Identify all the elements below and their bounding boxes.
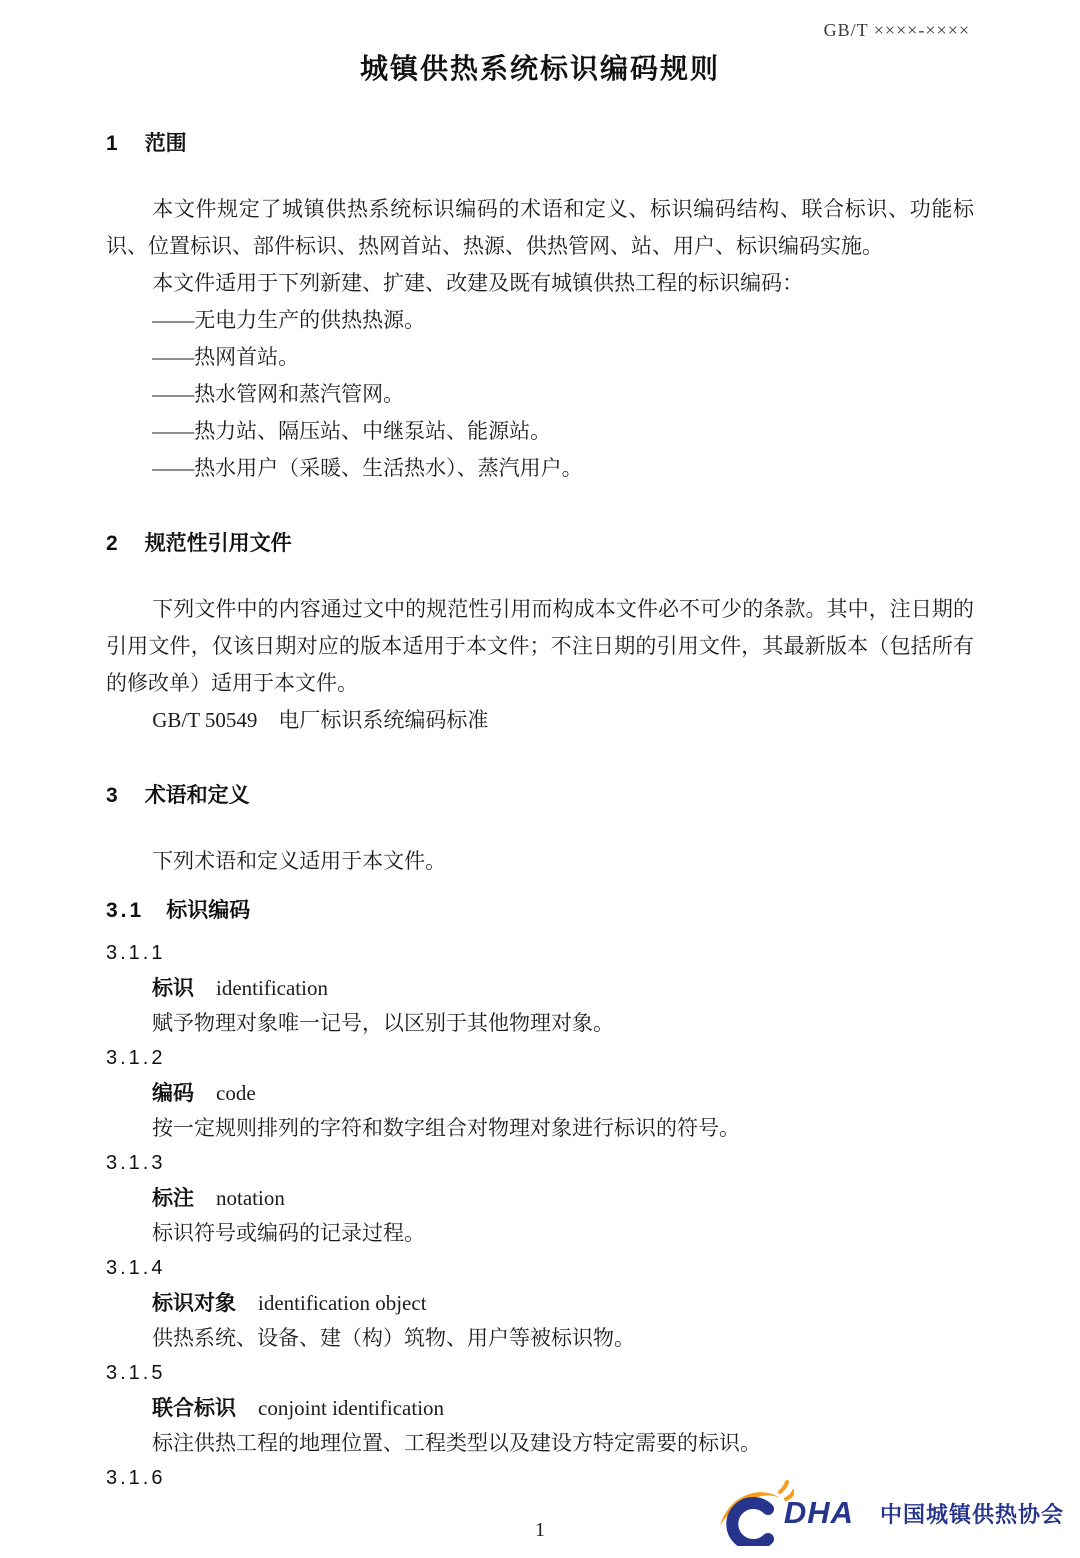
section-1-bullet-3: ——热水管网和蒸汽管网。 <box>106 376 974 413</box>
term-zh-label: 标识对象 <box>152 1286 236 1321</box>
section-2-heading: 2 规范性引用文件 <box>106 527 974 557</box>
section-2-title: 规范性引用文件 <box>145 527 292 557</box>
section-1-paragraph-1: 本文件规定了城镇供热系统标识编码的术语和定义、标识编码结构、联合标识、功能标识、… <box>106 191 974 265</box>
subsection-3-1-number: 3.1 <box>106 899 144 923</box>
term-en-label: notation <box>216 1181 285 1216</box>
term-heading: 标识 identification <box>106 971 974 1006</box>
section-1-bullet-2: ——热网首站。 <box>106 339 974 376</box>
term-en-label: identification object <box>258 1286 427 1321</box>
term-definition: 标识符号或编码的记录过程。 <box>106 1216 974 1251</box>
section-1-bullet-5: ——热水用户（采暖、生活热水）、蒸汽用户。 <box>106 450 974 487</box>
section-1-bullet-1: ——无电力生产的供热热源。 <box>106 302 974 339</box>
term-number: 3.1.3 <box>106 1146 974 1181</box>
normative-reference: GB/T 50549 电厂标识系统编码标准 <box>106 702 974 739</box>
section-1-number: 1 <box>106 132 121 156</box>
section-2-paragraph-1: 下列文件中的内容通过文中的规范性引用而构成本文件必不可少的条款。其中，注日期的引… <box>106 591 974 702</box>
term-zh-label: 标识 <box>152 971 194 1006</box>
section-3-number: 3 <box>106 784 121 808</box>
term-zh-label: 编码 <box>152 1076 194 1111</box>
term-zh-label: 标注 <box>152 1181 194 1216</box>
section-3-title: 术语和定义 <box>145 779 250 809</box>
section-2-number: 2 <box>106 532 121 556</box>
subsection-3-1-heading: 3.1 标识编码 <box>106 894 974 924</box>
term-definition: 标注供热工程的地理位置、工程类型以及建设方特定需要的标识。 <box>106 1426 974 1461</box>
section-1-bullet-4: ——热力站、隔压站、中继泵站、能源站。 <box>106 413 974 450</box>
standard-code: GB/T ××××-×××× <box>106 20 974 41</box>
section-3-paragraph-1: 下列术语和定义适用于本文件。 <box>106 843 974 880</box>
section-1-paragraph-2: 本文件适用于下列新建、扩建、改建及既有城镇供热工程的标识编码： <box>106 265 974 302</box>
term-heading: 编码 code <box>106 1076 974 1111</box>
term-en-label: identification <box>216 971 328 1006</box>
logo-org-name: 中国城镇供热协会 <box>880 1498 1064 1529</box>
term-number: 3.1.5 <box>106 1356 974 1391</box>
term-number: 3.1.1 <box>106 936 974 971</box>
org-logo: DHA 中国城镇供热协会 <box>716 1480 1064 1546</box>
logo-acronym: DHA <box>784 1495 854 1531</box>
term-definition: 按一定规则排列的字符和数字组合对物理对象进行标识的符号。 <box>106 1111 974 1146</box>
section-3-heading: 3 术语和定义 <box>106 779 974 809</box>
term-heading: 标注 notation <box>106 1181 974 1216</box>
cdha-logo-icon <box>716 1480 794 1546</box>
term-en-label: code <box>216 1076 256 1111</box>
term-definition: 供热系统、设备、建（构）筑物、用户等被标识物。 <box>106 1321 974 1356</box>
term-heading: 联合标识 conjoint identification <box>106 1391 974 1426</box>
term-en-label: conjoint identification <box>258 1391 444 1426</box>
term-heading: 标识对象 identification object <box>106 1286 974 1321</box>
section-1-heading: 1 范围 <box>106 127 974 157</box>
term-number: 3.1.2 <box>106 1041 974 1076</box>
section-1-title: 范围 <box>145 127 187 157</box>
document-title: 城镇供热系统标识编码规则 <box>106 47 974 87</box>
term-definition: 赋予物理对象唯一记号，以区别于其他物理对象。 <box>106 1006 974 1041</box>
subsection-3-1-title: 标识编码 <box>166 894 250 924</box>
document-page: GB/T ××××-×××× 城镇供热系统标识编码规则 1 范围 本文件规定了城… <box>0 0 1080 1558</box>
page-content: GB/T ××××-×××× 城镇供热系统标识编码规则 1 范围 本文件规定了城… <box>0 0 1080 1496</box>
term-zh-label: 联合标识 <box>152 1391 236 1426</box>
term-number: 3.1.4 <box>106 1251 974 1286</box>
